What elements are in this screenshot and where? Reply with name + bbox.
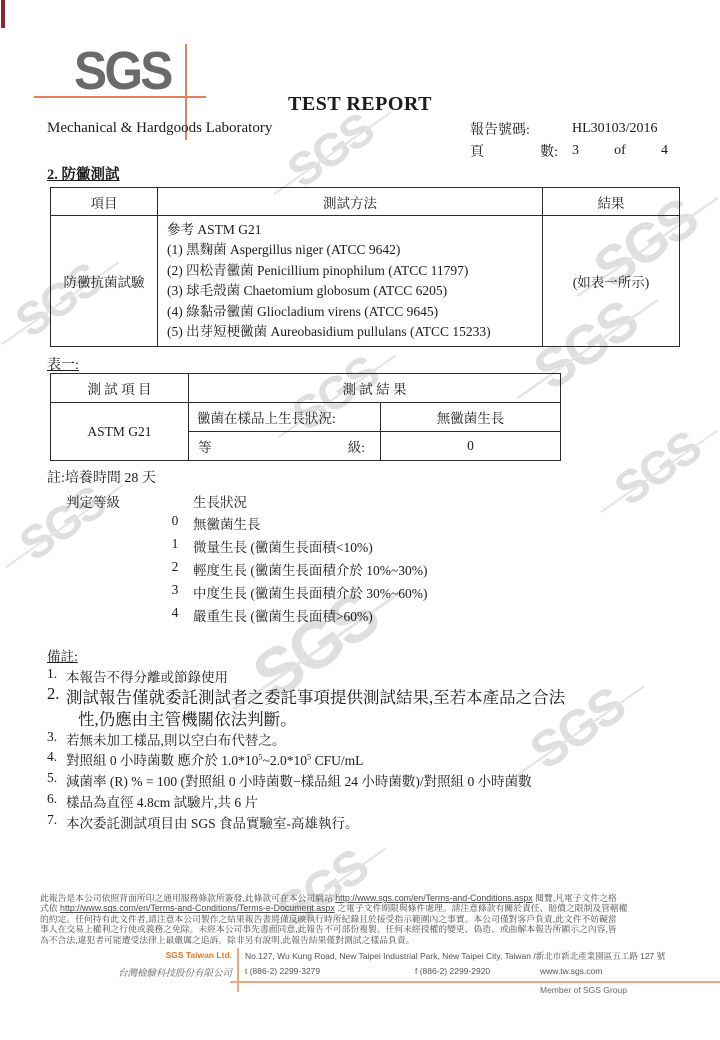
remark-number: 5. [47,770,57,786]
remark-text-part: CFU/mL [311,753,363,768]
antifungal-test-table: 項目 測試方法 結果 防黴抗菌試驗 參考 ASTM G21 (1) 黑麴菌 As… [50,187,680,347]
table-one-label: 表一: [47,354,79,374]
remark-text: 本報告不得分離或節錄使用 [66,666,228,686]
page-total: 4 [661,143,668,159]
column-header-method: 測試方法 [158,188,543,216]
remark-text: 樣品為直徑 4.8cm 試驗片,共 6 片 [66,791,258,811]
sgs-watermark: SGS [604,420,710,517]
grade-column-header: 判定等級 [66,491,120,511]
test-method-cell: 參考 ASTM G21 (1) 黑麴菌 Aspergillus niger (A… [158,216,543,347]
remark-number: 3. [47,729,57,745]
method-line: (4) 綠黏帚黴菌 Gliocladium virens (ATCC 9645) [167,302,536,322]
legal-text: 此報告是本公司依照背面所印之通用服務條款所簽發,此條款可在本公司網站 [40,893,335,903]
incubation-note: 註:培養時間 28 天 [47,467,156,487]
legal-text: 閱覽,凡電子文件之格 [533,893,617,903]
method-line: (2) 四松青黴菌 Penicillium pinophilum (ATCC 1… [167,261,536,281]
grade-level: 4 [168,605,182,621]
grade-desc: 輕度生長 (黴菌生長面積介於 10%~30%) [193,559,428,579]
report-no-value: HL30103/2016 [572,121,658,137]
footer-vertical-rule [237,948,239,992]
growth-status-value: 無黴菌生長 [381,403,561,432]
page-label-char: 頁 [470,141,484,161]
grade-level: 2 [168,559,182,575]
remark-text: 減菌率 (R) % = 100 (對照組 0 小時菌數−樣品組 24 小時菌數)… [66,770,532,790]
page-of: of [614,143,626,159]
legal-line: 式依 http://www.sgs.com/en/Terms-and-Condi… [40,903,708,913]
grade-label-left: 等 [198,436,212,456]
grade-desc: 中度生長 (黴菌生長面積介於 30%~60%) [193,582,428,602]
test-item-cell: 防黴抗菌試驗 [51,216,158,347]
grade-value: 0 [381,432,561,461]
remarks-title: 備註: [47,645,78,665]
sgs-watermark: SGS [277,102,383,199]
remark-text-part: 對照組 0 小時菌數 應介於 1.0*10 [66,753,258,768]
company-name-zh: 台灣檢驗科技股份有限公司 [100,965,232,979]
company-website: www.tw.sgs.com [540,966,602,976]
remark-text: 性,仍應由主管機關依法判斷。 [78,706,297,730]
remark-text: 本次委託測試項目由 SGS 食品實驗室-高雄執行。 [66,812,359,832]
remark-text-part: ~2.0*10 [263,753,307,768]
status-column-header: 生長狀況 [193,491,247,511]
legal-line: 的約定。任何持有此文件者,請注意本公司製作之結果報告書將僅反映執行時所紀錄且於接… [40,914,708,924]
page-count-value: 3 of 4 [572,143,668,159]
grade-desc: 微量生長 (黴菌生長面積<10%) [193,536,373,556]
page-count-label: 頁 數: [470,141,558,161]
remark-text: 若無未加工樣品,則以空白布代替之。 [66,729,285,749]
section-title: 2. 防黴測試 [47,163,120,184]
legal-text: 之電子文件期限與條件處理。請注意條款有關於責任、賠償之限制及管轄權 [335,903,628,913]
method-line: (1) 黑麴菌 Aspergillus niger (ATCC 9642) [167,240,536,260]
remark-number: 6. [47,791,57,807]
remark-number: 7. [47,812,57,828]
scan-edge-artifact [1,0,5,28]
grade-desc: 無黴菌生長 [193,513,261,533]
test-report-page: SGS SGS SGS SGS SGS SGS SGS SGS SGS SGS … [0,0,720,1040]
legal-line: 事人在交易上權利之行使或義務之免除。未經本公司事先書面同意,此報告不可部份複製。… [40,924,708,934]
remark-text: 測試報告僅就委託測試者之委託事項提供測試結果,至若本產品之合法 [66,684,565,708]
table-one: 測 試 項 目 測 試 結 果 ASTM G21 黴菌在樣品上生長狀況: 無黴菌… [50,373,561,461]
column-header-item: 項目 [51,188,158,216]
legal-line: 此報告是本公司依照背面所印之通用服務條款所簽發,此條款可在本公司網站 http:… [40,893,708,903]
table-one-header-item: 測 試 項 目 [51,374,189,403]
legal-terms-text: 此報告是本公司依照背面所印之通用服務條款所簽發,此條款可在本公司網站 http:… [40,893,708,945]
remark-number: 4. [47,749,57,765]
grade-level: 1 [168,536,182,552]
sgs-watermark: SGS [9,475,115,572]
document-title: TEST REPORT [0,93,720,116]
page-label-char: 數: [540,141,558,161]
terms-conditions-link: http://www.sgs.com/en/Terms-and-Conditio… [335,893,533,903]
method-line: (5) 出芽短梗黴菌 Aureobasidium pullulans (ATCC… [167,322,536,342]
table-one-test-item: ASTM G21 [51,403,189,461]
member-of-sgs-group: Member of SGS Group [540,985,627,995]
company-fax: f (886-2) 2299-2920 [415,966,490,976]
growth-status-label: 黴菌在樣品上生長狀況: [189,403,381,432]
remark-number: 1. [47,666,57,682]
column-header-result: 結果 [543,188,680,216]
terms-e-document-link: http://www.sgs.com/en/Terms-and-Conditio… [60,903,335,913]
method-line: 參考 ASTM G21 [167,220,536,240]
report-no-label: 報告號碼: [470,119,558,139]
remark-number: 2. [47,684,59,704]
grade-level: 3 [168,582,182,598]
grade-desc: 嚴重生長 (黴菌生長面積>60%) [193,605,373,625]
table-one-header-result: 測 試 結 果 [189,374,561,403]
grade-label-cell: 等 級: [189,432,381,461]
company-telephone: t (886-2) 2299-3279 [245,966,320,976]
laboratory-name: Mechanical & Hardgoods Laboratory [47,120,272,137]
page-current: 3 [572,143,579,159]
grade-label-right: 級: [348,436,365,456]
company-address: No.127, Wu Kung Road, New Taipei Industr… [245,950,665,962]
company-name-en: SGS Taiwan Ltd. [100,950,232,960]
legal-text: 式依 [40,903,60,913]
legal-line: 為不合法,違犯者可能遭受法律上最嚴厲之追訴。除非另有說明,此報告結果僅對測試之樣… [40,935,708,945]
report-meta: 報告號碼: HL30103/2016 頁 數: 3 of 4 [470,118,668,162]
test-result-cell: (如表一所示) [543,216,680,347]
method-line: (3) 球毛殼菌 Chaetomium globosum (ATCC 6205) [167,281,536,301]
remark-text: 對照組 0 小時菌數 應介於 1.0*105~2.0*105 CFU/mL [66,749,363,769]
footer-horizontal-rule [230,981,720,983]
grade-level: 0 [168,513,182,529]
